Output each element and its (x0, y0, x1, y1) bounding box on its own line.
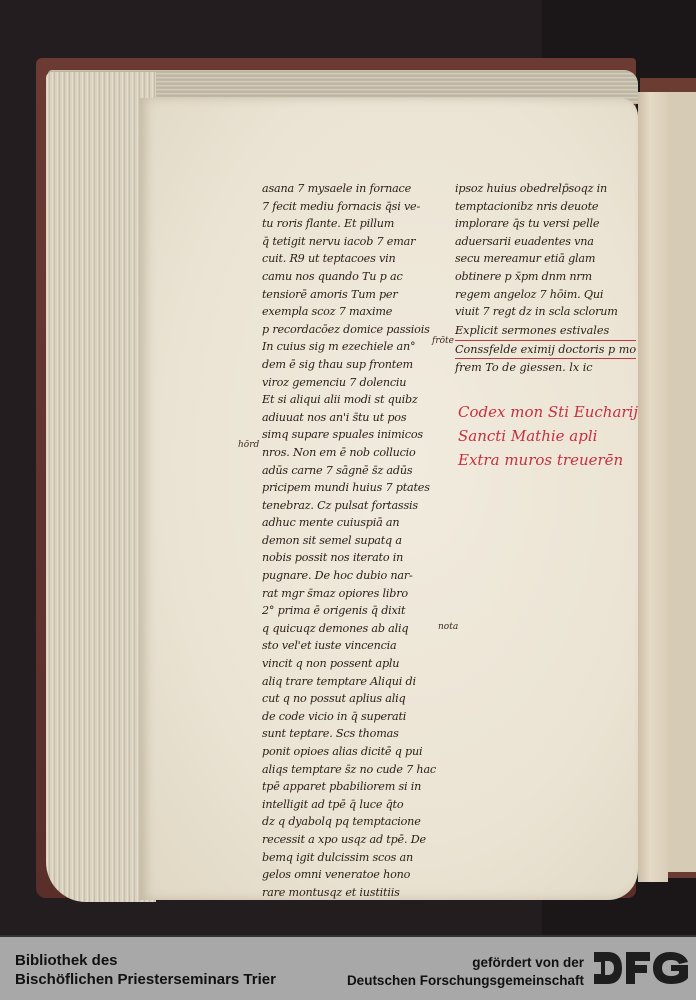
manuscript-line: aduersarii euadentes vna (455, 233, 635, 251)
page-gutter (638, 92, 668, 882)
explicit-line: Explicit sermones estivales (455, 322, 636, 341)
funding-line-2: Deutschen Forschungsgemeinschaft (347, 972, 584, 990)
manuscript-line: sto vel'et iuste vincencia (262, 637, 452, 655)
manuscript-line: asana 7 mysaele in fornace (262, 180, 452, 198)
footer-bar: Bibliothek des Bischöflichen Priestersem… (0, 935, 696, 1000)
manuscript-line: tensiorē amoris Tum per (262, 286, 452, 304)
margin-note: nota (438, 622, 458, 632)
manuscript-line: p recordacōez domice passiois (262, 321, 452, 339)
manuscript-line: 7 fecit mediu fornacis q̄si ve- (262, 198, 452, 216)
manuscript-line: tu roris flante. Et pillum (262, 215, 452, 233)
library-name: Bibliothek des Bischöflichen Priestersem… (15, 951, 276, 989)
manuscript-line: vincit q non possent aplu (262, 655, 452, 673)
manuscript-line: regem angeloz 7 hōim. Qui (455, 286, 635, 304)
manuscript-line: exempla scoz 7 maxime (262, 303, 452, 321)
manuscript-line: viroz gemenciu 7 dolenciu (262, 374, 452, 392)
manuscript-line: q̄ tetigit nervu iacob 7 emar (262, 233, 452, 251)
manuscript-line: rare montusqz et iustitiis (262, 884, 452, 902)
manuscript-line: tenebraz. Cz pulsat fortassis (262, 497, 452, 515)
manuscript-line: simq supare spuales inimicos (262, 426, 452, 444)
manuscript-line: bemq igit dulcissim scos an (262, 849, 452, 867)
manuscript-line: sunt teptare. Scs thomas (262, 725, 452, 743)
funding-line-1: gefördert von der (347, 954, 584, 972)
manuscript-line: adhuc mente cuiuspiā an (262, 514, 452, 532)
margin-note: hōrd (238, 440, 259, 450)
manuscript-line: nros. Non em ē nob collucio (262, 444, 452, 462)
manuscript-line: In cuius sig m ezechiele an° (262, 338, 452, 356)
library-line-1: Bibliothek des (15, 951, 276, 970)
manuscript-line: cuit. R9 ut teptacoes vin (262, 250, 452, 268)
manuscript-line: aliq trare temptare Aliqui di (262, 673, 452, 691)
ownership-line: Extra muros treuerēn (458, 448, 638, 472)
funding-note: gefördert von der Deutschen Forschungsge… (347, 954, 584, 990)
manuscript-line: nobis possit nos iterato in (262, 549, 452, 567)
manuscript-line: temptacionibz nris deuote (455, 198, 635, 216)
manuscript-image: asana 7 mysaele in fornace7 fecit mediu … (0, 0, 696, 935)
explicit-colophon: Explicit sermones estivales Conssfelde e… (455, 322, 636, 377)
facing-page-edge (668, 92, 696, 872)
manuscript-line: adiuuat nos an'i s̄tu ut pos (262, 409, 452, 427)
manuscript-line: camu nos quando Tu p ac (262, 268, 452, 286)
manuscript-line: tpē apparet pbabiliorem si in (262, 778, 452, 796)
dfg-logo-icon (594, 950, 690, 986)
library-line-2: Bischöflichen Priesterseminars Trier (15, 970, 276, 989)
explicit-line: Conssfelde eximij doctoris p mo (455, 341, 636, 360)
manuscript-line: recessit a xpo usqz ad tpē. De (262, 831, 452, 849)
manuscript-line: secu mereamur etiā glam (455, 250, 635, 268)
manuscript-line: obtinere p x̄pm dnm nrm (455, 268, 635, 286)
manuscript-line: dem ē sig thau sup frontem (262, 356, 452, 374)
manuscript-line: 2° prima ē origenis q̄ dixit (262, 602, 452, 620)
margin-note: frōte (432, 336, 454, 346)
ownership-inscription: Codex mon Sti Eucharij Sancti Mathie apl… (458, 400, 638, 472)
manuscript-line: demon sit semel supatq a (262, 532, 452, 550)
manuscript-line: de code vicio in q̄ superati (262, 708, 452, 726)
manuscript-line: viuit 7 regt dz in scla sclorum (455, 303, 635, 321)
manuscript-line: gelos omni veneratoe hono (262, 866, 452, 884)
explicit-line: frem To de giessen. lx ic (455, 359, 636, 377)
manuscript-line: Et si aliqui alii modi st quibz (262, 391, 452, 409)
ownership-line: Codex mon Sti Eucharij (458, 400, 638, 424)
manuscript-line: pugnare. De hoc dubio nar- (262, 567, 452, 585)
ownership-line: Sancti Mathie apli (458, 424, 638, 448)
manuscript-line: intelligit ad tpē q̄ luce q̄to (262, 796, 452, 814)
manuscript-line: adūs carne 7 sāgnē s̄z adūs (262, 462, 452, 480)
manuscript-line: rat mgr s̄maz opiores libro (262, 585, 452, 603)
manuscript-line: q quicuqz demones ab aliq (262, 620, 452, 638)
manuscript-line: ipsoz huius obedrelp̄soqz in (455, 180, 635, 198)
text-column-right: ipsoz huius obedrelp̄soqz intemptacionib… (455, 180, 635, 321)
manuscript-line: cut q no possut aplius aliq (262, 690, 452, 708)
manuscript-line: dz q dyabolq pq temptacione (262, 813, 452, 831)
manuscript-line: pricipem mundi huius 7 ptates (262, 479, 452, 497)
manuscript-line: aliqs temptare s̄z no cude 7 hac (262, 761, 452, 779)
manuscript-line: implorare q̄s tu versi pelle (455, 215, 635, 233)
text-column-left: asana 7 mysaele in fornace7 fecit mediu … (262, 180, 452, 901)
manuscript-line: ponit opioes alias dicitē q pui (262, 743, 452, 761)
